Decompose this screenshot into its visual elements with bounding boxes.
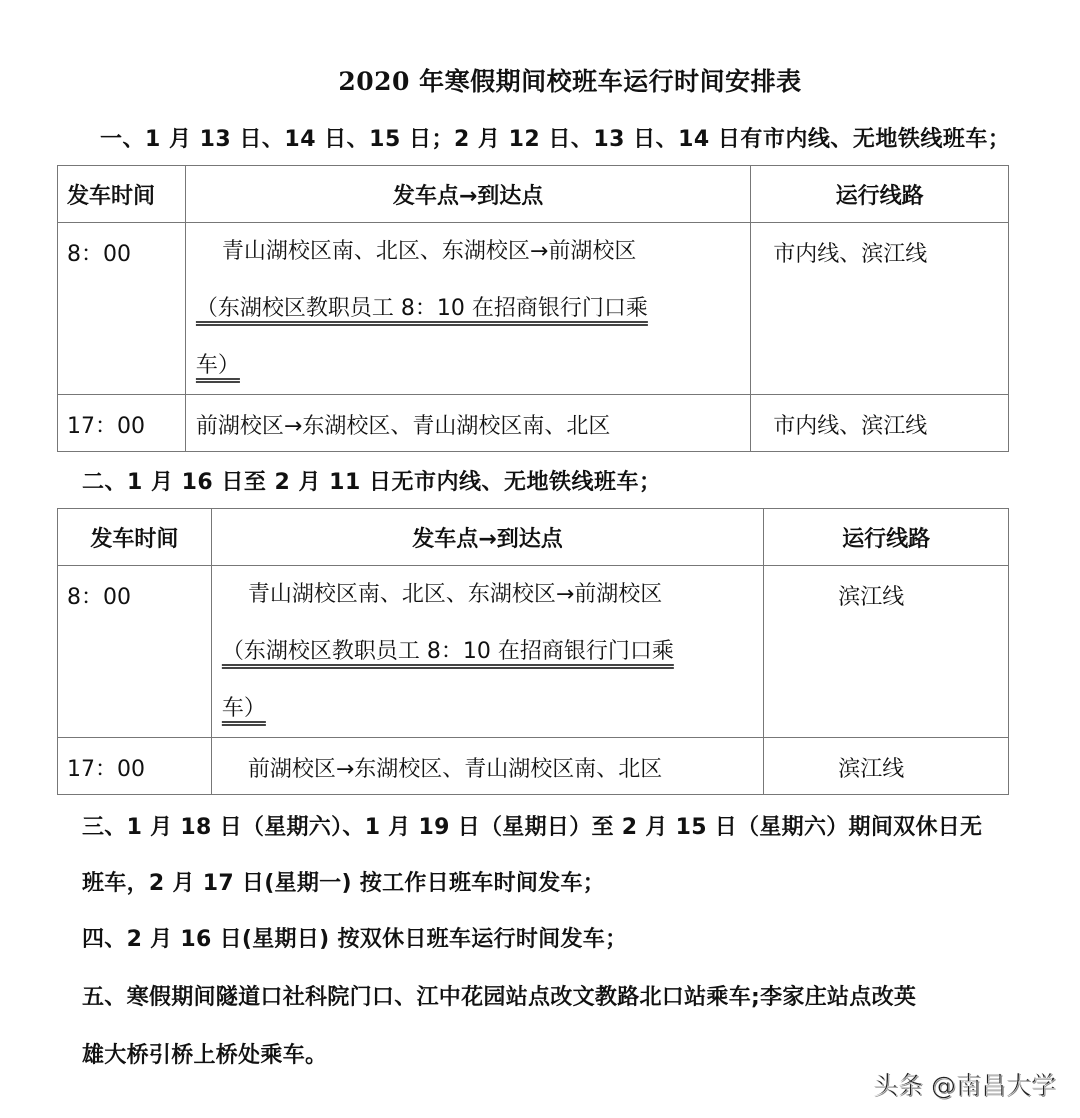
document-title: 2020 年寒假期间校班车运行时间安排表 (0, 62, 1080, 98)
header-route: 发车点→到达点 (211, 509, 763, 566)
line-cell: 市内线、滨江线 (751, 395, 1009, 452)
paragraph-3-line-1: 三、1 月 18 日（星期六）、1 月 19 日（星期日）至 2 月 15 日（… (82, 810, 982, 841)
header-route: 发车点→到达点 (185, 166, 750, 223)
paragraph-4: 四、2 月 16 日(星期日) 按双休日班车运行时间发车； (82, 922, 627, 953)
table-header-row: 发车时间 发车点→到达点 运行线路 (58, 166, 1009, 223)
route-cell: 青山湖校区南、北区、东湖校区→前湖校区 （东湖校区教职员工 8：10 在招商银行… (185, 223, 750, 395)
header-departure-time: 发车时间 (58, 166, 186, 223)
departure-time: 8：00 (58, 223, 186, 395)
line-cell: 市内线、滨江线 (751, 223, 1009, 395)
table-header-row: 发车时间 发车点→到达点 运行线路 (58, 509, 1009, 566)
header-line: 运行线路 (751, 166, 1009, 223)
table-row: 17：00 前湖校区→东湖校区、青山湖校区南、北区 滨江线 (58, 738, 1009, 795)
table-row: 8：00 青山湖校区南、北区、东湖校区→前湖校区 （东湖校区教职员工 8：10 … (58, 223, 1009, 395)
table-row: 17：00 前湖校区→东湖校区、青山湖校区南、北区 市内线、滨江线 (58, 395, 1009, 452)
table-row: 8：00 青山湖校区南、北区、东湖校区→前湖校区 （东湖校区教职员工 8：10 … (58, 566, 1009, 738)
paragraph-5-line-2: 雄大桥引桥上桥处乘车。 (82, 1038, 327, 1069)
route-cell: 前湖校区→东湖校区、青山湖校区南、北区 (185, 395, 750, 452)
route-note: （东湖校区教职员工 8：10 在招商银行门口乘 (222, 639, 674, 664)
schedule-table-1: 发车时间 发车点→到达点 运行线路 8：00 青山湖校区南、北区、东湖校区→前湖… (57, 165, 1009, 452)
route-note: （东湖校区教职员工 8：10 在招商银行门口乘 (196, 296, 648, 321)
line-cell: 滨江线 (764, 566, 1009, 738)
line-cell: 滨江线 (764, 738, 1009, 795)
departure-time: 17：00 (58, 738, 212, 795)
section-1-heading: 一、1 月 13 日、14 日、15 日；2 月 12 日、13 日、14 日有… (100, 122, 1010, 153)
section-2-heading: 二、1 月 16 日至 2 月 11 日无市内线、无地铁线班车； (82, 465, 661, 496)
route-text: 青山湖校区南、北区、东湖校区→前湖校区 (222, 566, 763, 623)
route-cell: 前湖校区→东湖校区、青山湖校区南、北区 (211, 738, 763, 795)
route-text: 青山湖校区南、北区、东湖校区→前湖校区 (196, 223, 750, 280)
paragraph-5-line-1: 五、寒假期间隧道口社科院门口、江中花园站点改文教路北口站乘车;李家庄站点改英 (82, 980, 916, 1011)
paragraph-3-line-2: 班车，2 月 17 日(星期一) 按工作日班车时间发车； (82, 866, 605, 897)
departure-time: 17：00 (58, 395, 186, 452)
route-note-cont: 车） (222, 696, 266, 721)
watermark: 头条 @南昌大学 (873, 1066, 1056, 1102)
schedule-table-2: 发车时间 发车点→到达点 运行线路 8：00 青山湖校区南、北区、东湖校区→前湖… (57, 508, 1009, 795)
header-line: 运行线路 (764, 509, 1009, 566)
route-note-cont: 车） (196, 353, 240, 378)
header-departure-time: 发车时间 (58, 509, 212, 566)
route-cell: 青山湖校区南、北区、东湖校区→前湖校区 （东湖校区教职员工 8：10 在招商银行… (211, 566, 763, 738)
departure-time: 8：00 (58, 566, 212, 738)
